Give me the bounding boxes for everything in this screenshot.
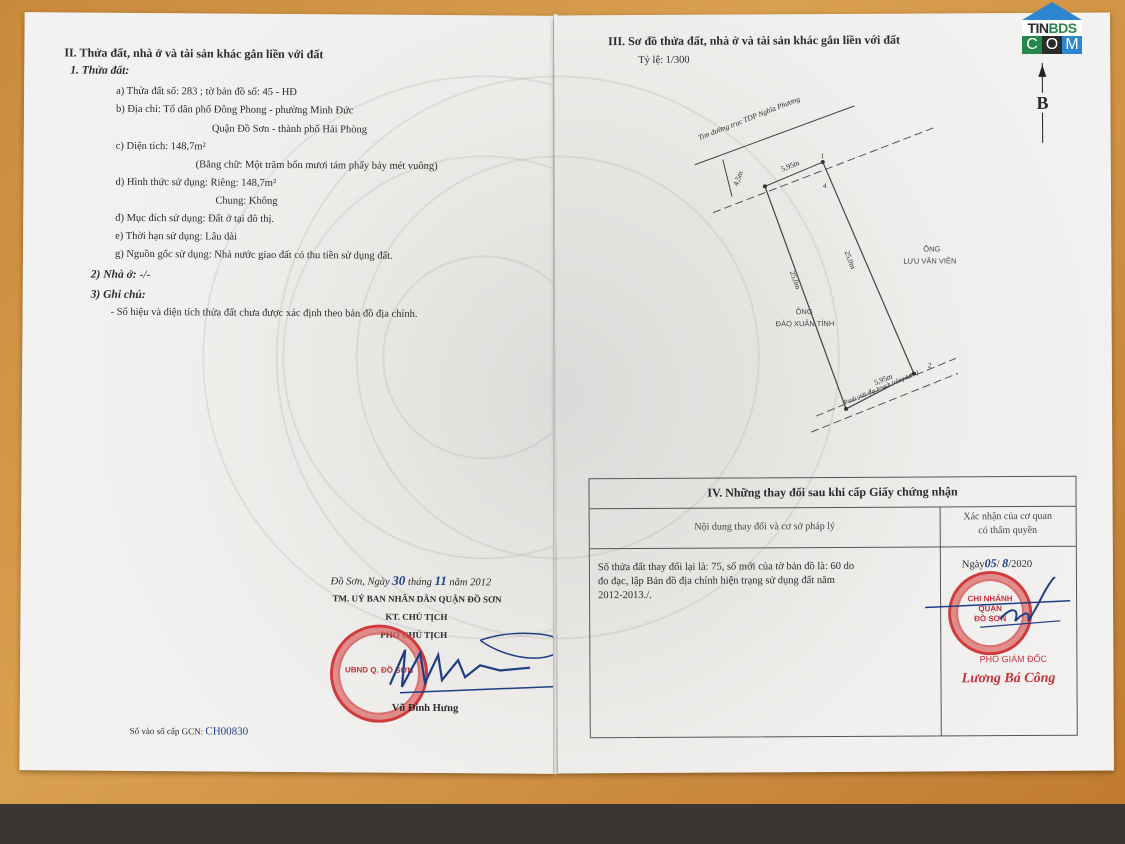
neighbor-left-name: ĐÀO XUÂN TÍNH xyxy=(776,318,835,330)
table-edge-shadow xyxy=(0,804,1125,844)
section-title: III. Sơ đồ thửa đất, nhà ở và tài sản kh… xyxy=(608,34,900,48)
confirm-day: 05 xyxy=(985,556,997,570)
section-title: II. Thửa đất, nhà ở và tài sản khác gắn … xyxy=(64,46,323,60)
signer-role-1: KT. CHỦ TỊCH xyxy=(385,611,447,623)
changes-table-title: IV. Những thay đổi sau khi cấp Giấy chứn… xyxy=(589,485,1075,500)
logo-c: C xyxy=(1022,36,1042,54)
use-form-shared: Chung: Không xyxy=(215,195,277,207)
registry-number: Số vào sổ cấp GCN: CH00830 xyxy=(130,725,249,738)
month-prefix: tháng xyxy=(408,577,432,588)
vertex-4: 4 xyxy=(823,180,827,192)
date-month: 11 xyxy=(434,573,446,588)
table-row: Số thửa đất thay đổi lại là: 75, số mới … xyxy=(589,477,1075,480)
logo-tin: TIN xyxy=(1027,20,1048,36)
signature-scribble xyxy=(380,625,581,706)
address-line2: Quận Đồ Sơn - thành phố Hải Phòng xyxy=(212,123,367,136)
logo-m: M xyxy=(1062,36,1082,54)
vertex-2: 2 xyxy=(928,359,932,371)
area-in-words: (Bằng chữ: Một trăm bốn mươi tám phẩy bả… xyxy=(196,159,438,173)
subsection-title: 1. Thửa đất: xyxy=(70,64,129,76)
date-year: năm 2012 xyxy=(449,577,491,588)
use-duration: e) Thời hạn sử dụng: Lâu dài xyxy=(115,231,237,244)
logo-top-text: TINBDS xyxy=(1022,20,1082,36)
signer-name: Vũ Đình Hưng xyxy=(392,703,459,715)
branch-signature-scribble xyxy=(920,577,1080,638)
certificate-right-page: III. Sơ đồ thửa đất, nhà ở và tài sản kh… xyxy=(554,13,1114,774)
use-form-private: d) Hình thức sử dụng: Riêng: 148,7m² xyxy=(115,177,276,190)
change-content-line2: đo đạc, lập Bản đồ địa chính hiện trạng … xyxy=(598,575,835,588)
table-divider xyxy=(590,546,1076,550)
house-value: -/- xyxy=(139,269,150,281)
house-roof-icon xyxy=(1022,2,1082,20)
house-title: 2) Nhà ở: -/- xyxy=(91,269,151,281)
address: b) Địa chỉ: Tổ dân phố Đông Phong - phườ… xyxy=(116,104,354,118)
registry-value: CH00830 xyxy=(205,725,248,737)
north-label: B xyxy=(1036,93,1048,113)
use-origin: g) Nguồn gốc sử dụng: Nhà nước giao đất … xyxy=(115,249,393,263)
parcel-diagram xyxy=(674,103,1016,445)
confirm-month: 8 xyxy=(1002,556,1008,570)
confirm-signer: Lương Bá Công xyxy=(940,671,1076,688)
confirm-date-prefix: Ngày xyxy=(962,559,985,570)
registry-label: Số vào sổ cấp GCN: xyxy=(130,726,204,737)
col2-header-line2: có thẩm quyền xyxy=(940,525,1076,538)
notes-title: 3) Ghi chú: xyxy=(91,289,146,301)
date-prefix: Đồ Sơn, Ngày xyxy=(331,576,390,587)
vertex-1: 1 xyxy=(821,150,825,162)
logo-bds: BDS xyxy=(1049,20,1077,36)
col2-header-line1: Xác nhận của cơ quan xyxy=(940,511,1076,524)
logo-bottom-text: C O M xyxy=(1022,36,1082,54)
use-purpose: đ) Mục đích sử dụng: Đất ở tại đô thị. xyxy=(115,213,274,226)
date-day: 30 xyxy=(392,573,405,588)
change-content-line3: 2012-2013./. xyxy=(598,590,652,602)
col1-header: Nội dung thay đổi và cơ sở pháp lý xyxy=(590,520,940,534)
changes-table: IV. Những thay đổi sau khi cấp Giấy chứn… xyxy=(588,476,1077,739)
neighbor-right-prefix: ÔNG xyxy=(923,243,940,255)
confirm-year: 2020 xyxy=(1011,559,1032,570)
confirm-role: PHÓ GIÁM ĐỐC xyxy=(950,653,1076,666)
logo-o: O xyxy=(1042,36,1062,54)
house-label: 2) Nhà ở: xyxy=(91,269,137,281)
neighbor-right-name: LƯU VĂN VIÊN xyxy=(903,255,956,267)
scale-label: Tỷ lệ: 1/300 xyxy=(638,55,689,67)
area: c) Diện tích: 148,7m² xyxy=(116,141,206,154)
vertex-3: 3 xyxy=(868,386,872,398)
confirm-date: Ngày05/ 8/2020 xyxy=(962,557,1032,571)
certificate-left-page: II. Thửa đất, nhà ở và tài sản khác gắn … xyxy=(19,12,559,774)
table-divider xyxy=(590,506,1076,510)
issue-date: Đồ Sơn, Ngày 30 tháng 11 năm 2012 xyxy=(331,574,492,589)
change-content-line1: Số thửa đất thay đổi lại là: 75, số mới … xyxy=(598,561,854,574)
neighbor-left-prefix: ÔNG xyxy=(796,306,813,318)
issuing-org: TM. UỶ BAN NHÂN DÂN QUẬN ĐỒ SƠN xyxy=(333,592,502,605)
tinbds-watermark-logo: TINBDS C O M xyxy=(1022,2,1082,54)
notes-text: - Số hiệu và diện tích thửa đất chưa đượ… xyxy=(111,307,418,321)
parcel-number: a) Thửa đất số: 283 ; tờ bản đồ số: 45 -… xyxy=(116,86,297,99)
